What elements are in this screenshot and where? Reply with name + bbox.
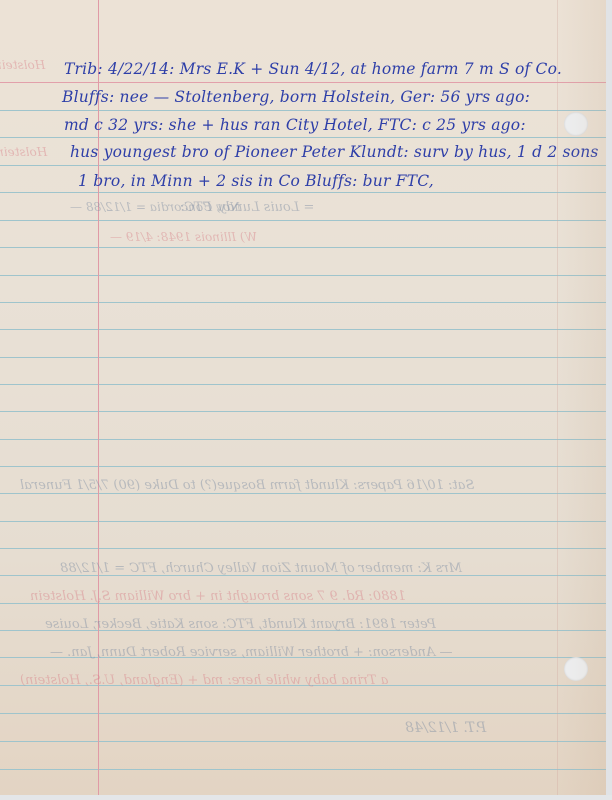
bleed-text: Mrs K: member of Mount Zion Valley Churc… <box>60 561 462 576</box>
ruled-line <box>0 247 606 248</box>
ruled-line <box>0 220 606 221</box>
bleed-text: W) Illinois 1948: 4/19 — <box>110 230 257 244</box>
ruled-line <box>0 357 606 358</box>
right-margin-line <box>557 0 558 795</box>
ruled-line <box>0 411 606 412</box>
ruled-line <box>0 521 606 522</box>
note-line: md c 32 yrs: she + hus ran City Hotel, F… <box>64 116 526 134</box>
ruled-line <box>0 384 606 385</box>
scan-edge <box>606 0 612 800</box>
ruled-line <box>0 741 606 742</box>
bleed-text: Holstein <box>0 58 45 72</box>
ruled-line <box>0 439 606 440</box>
binder-hole <box>564 112 588 136</box>
ruled-line <box>0 548 606 549</box>
header-rule <box>0 82 606 83</box>
bleed-text: — Anderson: + brother William, service R… <box>50 645 452 660</box>
note-line: hus youngest bro of Pioneer Peter Klundt… <box>70 143 599 161</box>
binder-hole <box>564 657 588 681</box>
bleed-text: Nov Concordia = 1/12/88 — <box>70 200 241 214</box>
note-line: Trib: 4/22/14: Mrs E.K + Sun 4/12, at ho… <box>64 60 562 78</box>
ruled-line <box>0 137 606 138</box>
ruled-line <box>0 302 606 303</box>
ruled-line <box>0 329 606 330</box>
ruled-line <box>0 192 606 193</box>
bleed-text: Peter 1891: Bryant Klundt, FTC: sons Kat… <box>45 617 436 632</box>
ruled-line <box>0 769 606 770</box>
bleed-text: Holstein <box>0 145 47 159</box>
ruled-line <box>0 466 606 467</box>
note-line: 1 bro, in Minn + 2 sis in Co Bluffs: bur… <box>78 172 434 190</box>
notebook-page: Holstein Holstein = Louis Lundy, FTC: No… <box>0 0 606 795</box>
ruled-line <box>0 493 606 494</box>
bleed-text: 1880: Rd. 9 7 sons brought in + bro Will… <box>30 589 406 604</box>
note-line: Bluffs: nee — Stoltenberg, born Holstein… <box>62 88 530 106</box>
ruled-line <box>0 110 606 111</box>
ruled-line <box>0 165 606 166</box>
bleed-text: Sat: 10/16 Papers: Klundt farm Bosque(?)… <box>20 478 474 493</box>
bleed-text: a Trina baby while here: md + (England, … <box>20 673 388 688</box>
scan-edge <box>0 795 612 800</box>
ruled-line <box>0 713 606 714</box>
bleed-text: P.T. 1/12/48 <box>405 720 486 736</box>
ruled-line <box>0 275 606 276</box>
